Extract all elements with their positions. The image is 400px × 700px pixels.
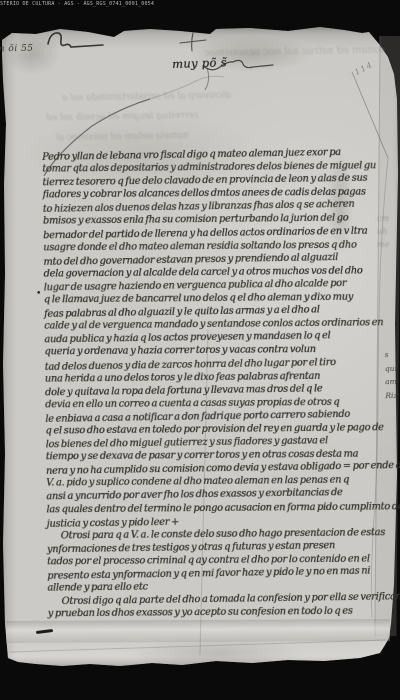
archive-watermark: STERIO DE CULTURA - AGS - AGS_RGS_0741_0… (0, 1, 400, 9)
margin-bullet-dot: • (36, 289, 41, 299)
right-margin-note: squiamRiz (385, 348, 400, 402)
manuscript-text-block: Pedro yllan de lebana vro fiscal digo q … (42, 146, 388, 621)
bottom-fold-strip (6, 619, 390, 643)
left-edge-note: m õi 55 (0, 44, 34, 55)
scanned-manuscript-viewer: { "colors": { "background": "#0a0a0a", "… (0, 0, 400, 700)
